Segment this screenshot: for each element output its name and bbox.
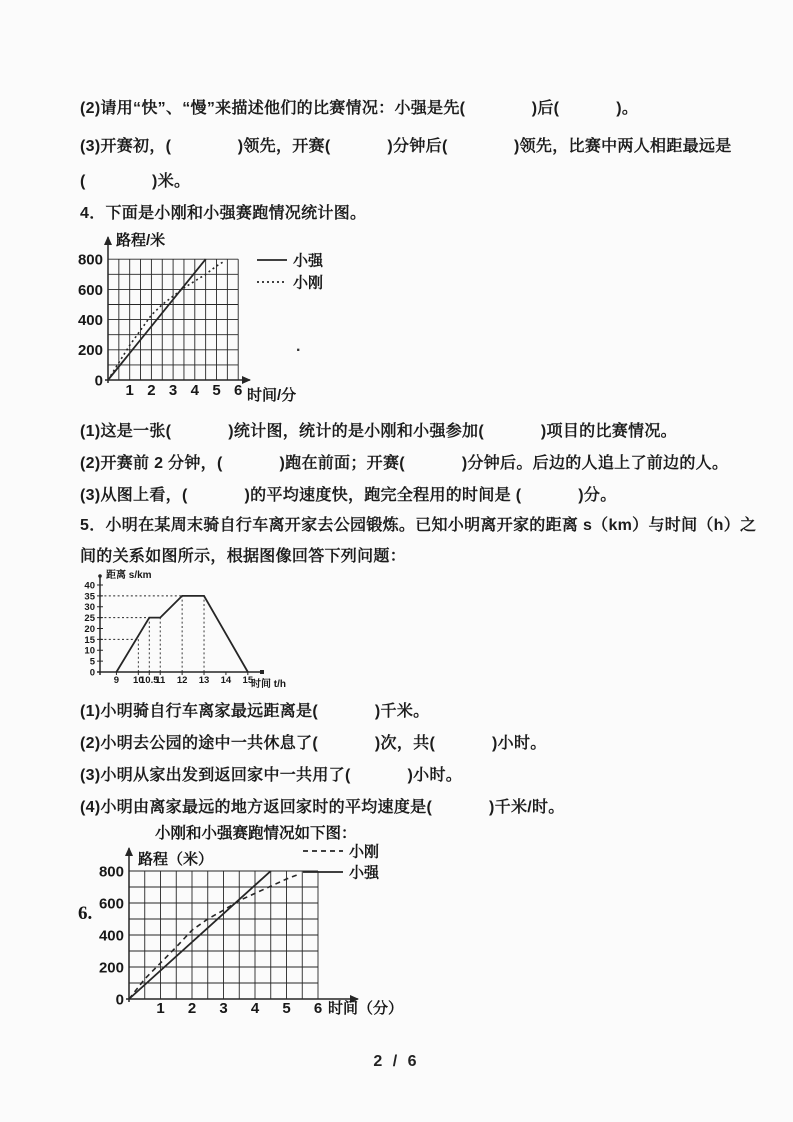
q5-part2-text: (2)小明去公园的途中一共休息了( )次，共( )小时。: [80, 730, 547, 753]
q3-part2-text: (2)请用“快”、“慢”来描述他们的比赛情况：小强是先( )后( )。: [80, 95, 638, 118]
chart-q4-svg: 0200400600800123456路程/米时间/分小强小刚: [55, 228, 430, 413]
svg-text:13: 13: [199, 675, 210, 686]
svg-text:4: 4: [251, 1000, 260, 1017]
svg-text:0: 0: [116, 991, 124, 1008]
q5-stem-text-1: 5．小明在某周末骑自行车离开家去公园锻炼。已知小明离开家的距离 s（km）与时间…: [80, 512, 756, 535]
svg-text:小刚和小强赛跑情况如下图：: 小刚和小强赛跑情况如下图：: [155, 823, 357, 842]
svg-text:200: 200: [78, 342, 103, 359]
svg-text:10: 10: [84, 646, 95, 657]
svg-text:小刚: 小刚: [349, 842, 379, 860]
svg-text:3: 3: [169, 382, 177, 399]
worksheet-page: { "page": { "footer": "2 / 6" }, "texts"…: [0, 0, 793, 1122]
svg-text:距离 s/km: 距离 s/km: [106, 568, 152, 581]
page-number: 2 / 6: [0, 1053, 793, 1071]
svg-text:时间/分: 时间/分: [247, 386, 296, 404]
svg-text:2: 2: [188, 1000, 196, 1017]
svg-text:0: 0: [95, 372, 103, 389]
svg-text:路程/米: 路程/米: [116, 231, 165, 249]
svg-text:5: 5: [282, 1000, 290, 1017]
q5-stem-text-2: 间的关系如图所示，根据图像回答下列问题：: [80, 543, 406, 566]
q3-part3-cont-text: ( )米。: [80, 168, 190, 191]
svg-text:600: 600: [78, 282, 103, 299]
svg-text:11: 11: [155, 675, 166, 686]
q5-part3-text: (3)小明从家出发到返回家中一共用了( )小时。: [80, 762, 462, 785]
chart-q5-svg: 051015202530354091010.51112131415距离 s/km…: [70, 566, 400, 696]
q5-part1-text: (1)小明骑自行车离家最远距离是( )千米。: [80, 698, 429, 721]
svg-text:4: 4: [191, 382, 200, 399]
q4-part1-text: (1)这是一张( )统计图，统计的是小刚和小强参加( )项目的比赛情况。: [80, 418, 677, 441]
svg-text:时间（分）: 时间（分）: [328, 999, 403, 1017]
svg-text:小强: 小强: [293, 251, 324, 269]
svg-text:40: 40: [84, 580, 95, 591]
chart-q6-svg: 0200400600800123456路程（米）时间（分）小刚和小强赛跑情况如下…: [60, 820, 510, 1025]
svg-text:2: 2: [147, 382, 155, 399]
svg-text:400: 400: [99, 927, 124, 944]
svg-text:时间 t/h: 时间 t/h: [251, 677, 286, 690]
q5-part4-text: (4)小明由离家最远的地方返回家时的平均速度是( )千米/时。: [80, 794, 565, 817]
svg-text:5: 5: [90, 657, 96, 668]
q4-part3-text: (3)从图上看，( )的平均速度快，跑完全程用的时间是 ( )分。: [80, 482, 617, 505]
svg-text:15: 15: [84, 635, 95, 646]
svg-text:25: 25: [84, 613, 95, 624]
svg-text:400: 400: [78, 312, 103, 329]
svg-text:800: 800: [78, 252, 103, 269]
svg-text:14: 14: [221, 675, 232, 686]
svg-text:1: 1: [126, 382, 134, 399]
svg-text:12: 12: [177, 675, 188, 686]
svg-text:小刚: 小刚: [293, 273, 323, 291]
q3-part3-text: (3)开赛初，( )领先，开赛( )分钟后( )领先，比赛中两人相距最远是: [80, 133, 732, 156]
svg-text:20: 20: [84, 624, 95, 635]
svg-text:6: 6: [234, 382, 242, 399]
svg-text:5: 5: [212, 382, 220, 399]
svg-text:800: 800: [99, 863, 124, 880]
svg-text:路程（米）: 路程（米）: [138, 850, 213, 868]
q5-distance-time-chart: 051015202530354091010.51112131415距离 s/km…: [70, 566, 400, 696]
stray-period-dot: .: [296, 338, 300, 356]
svg-text:6: 6: [314, 1000, 322, 1017]
svg-text:3: 3: [219, 1000, 227, 1017]
q6-race-line-chart: 0200400600800123456路程（米）时间（分）小刚和小强赛跑情况如下…: [60, 820, 510, 1025]
svg-text:200: 200: [99, 959, 124, 976]
q4-part2-text: (2)开赛前 2 分钟，( )跑在前面；开赛( )分钟后。后边的人追上了前边的人…: [80, 450, 728, 473]
svg-text:35: 35: [84, 591, 95, 602]
svg-text:9: 9: [114, 675, 119, 686]
svg-text:30: 30: [84, 602, 95, 613]
q4-race-line-chart: 0200400600800123456路程/米时间/分小强小刚: [55, 228, 430, 413]
svg-text:小强: 小强: [349, 863, 380, 881]
svg-text:0: 0: [90, 667, 95, 678]
svg-text:600: 600: [99, 895, 124, 912]
q4-stem-text: 4．下面是小刚和小强赛跑情况统计图。: [80, 200, 366, 223]
svg-text:1: 1: [156, 1000, 164, 1017]
